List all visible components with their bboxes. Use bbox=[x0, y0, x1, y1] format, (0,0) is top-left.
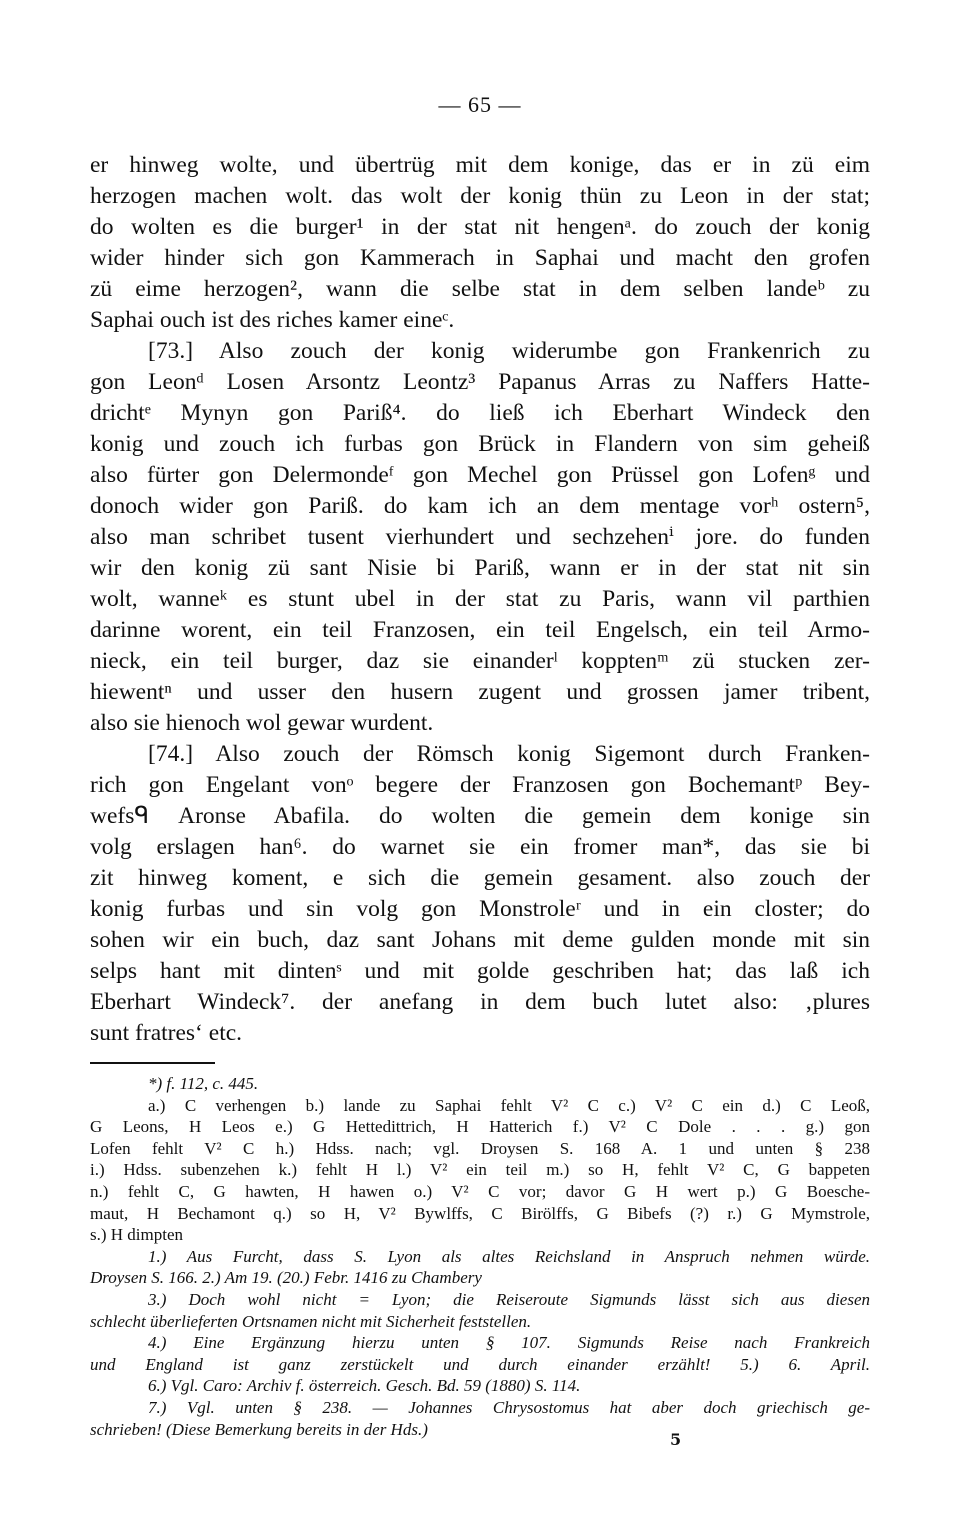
text-line: also fürter gon Delermondeᶠ gon Mechel g… bbox=[90, 460, 870, 491]
main-text: er hinweg wolte, und übertrüg mit dem ko… bbox=[90, 150, 870, 1049]
footnote-line: 4.) Eine Ergänzung hierzu unten § 107. S… bbox=[90, 1332, 870, 1354]
text-line: herzogen machen wolt. das wolt der konig… bbox=[90, 181, 870, 212]
text-line: darinne worent, ein teil Franzosen, ein … bbox=[90, 615, 870, 646]
text-line: gon Leonᵈ Losen Arsontz Leontz³ Papanus … bbox=[90, 367, 870, 398]
footnote-line: und England ist ganz zerstückelt und dur… bbox=[90, 1354, 870, 1376]
footnote-line: *) f. 112, c. 445. bbox=[90, 1073, 870, 1095]
text-line: rich gon Engelant vonᵒ begere der Franzo… bbox=[90, 770, 870, 801]
text-line: Saphai ouch ist des riches kamer eineᶜ. bbox=[90, 305, 870, 336]
footnote-line: a.) C verhengen b.) lande zu Saphai fehl… bbox=[90, 1095, 870, 1117]
text-line: wider hinder sich gon Kammerach in Sapha… bbox=[90, 243, 870, 274]
text-line: selps hant mit dintenˢ und mit golde ges… bbox=[90, 956, 870, 987]
footnote-line: 1.) Aus Furcht, dass S. Lyon als altes R… bbox=[90, 1246, 870, 1268]
footnote-line: n.) fehlt C, G hawten, H hawen o.) V² C … bbox=[90, 1181, 870, 1203]
text-line: sunt fratres‘ etc. bbox=[90, 1018, 870, 1049]
footnote-line: s.) H dimpten bbox=[90, 1224, 870, 1246]
text-line: do wolten es die burger¹ in der stat nit… bbox=[90, 212, 870, 243]
text-line: drichtᵉ Mynyn gon Pariß⁴. do ließ ich Eb… bbox=[90, 398, 870, 429]
footnote-line: 3.) Doch wohl nicht = Lyon; die Reiserou… bbox=[90, 1289, 870, 1311]
text-line: Eberhart Windeck⁷. der anefang in dem bu… bbox=[90, 987, 870, 1018]
page-number: — 65 — bbox=[90, 92, 870, 118]
text-line: zü eime herzogen², wann die selbe stat i… bbox=[90, 274, 870, 305]
text-line: nieck, ein teil burger, daz sie einander… bbox=[90, 646, 870, 677]
text-line: konig furbas und sin volg gon Monstroleʳ… bbox=[90, 894, 870, 925]
section-73-start: [73.] Also zouch der konig widerumbe gon… bbox=[90, 336, 870, 367]
footnote-line: schlecht überlieferten Ortsnamen nicht m… bbox=[90, 1311, 870, 1333]
text-line: wolt, wanneᵏ es stunt ubel in der stat z… bbox=[90, 584, 870, 615]
footnote-line: Lofen fehlt V² C h.) Hdss. nach; vgl. Dr… bbox=[90, 1138, 870, 1160]
text-line: sohen wir ein buch, daz sant Johans mit … bbox=[90, 925, 870, 956]
text-line: wir den konig zü sant Nisie bi Pariß, wa… bbox=[90, 553, 870, 584]
text-line: zit hinweg koment, e sich die gemein ges… bbox=[90, 863, 870, 894]
text-line: also sie hienoch wol gewar wurdent. bbox=[90, 708, 870, 739]
footnote-line: i.) Hdss. subenzehen k.) fehlt H l.) V² … bbox=[90, 1159, 870, 1181]
footnotes: *) f. 112, c. 445. a.) C verhengen b.) l… bbox=[90, 1073, 870, 1440]
footnote-line: 6.) Vgl. Caro: Archiv f. österreich. Ges… bbox=[90, 1375, 870, 1397]
footnote-line: schrieben! (Diese Bemerkung bereits in d… bbox=[90, 1419, 870, 1441]
signature-mark: 5 bbox=[670, 1430, 681, 1449]
text-line: wefsᑫ Aronse Abafila. do wolten die geme… bbox=[90, 801, 870, 832]
footnote-line: maut, H Bechamont q.) so H, V² Bywlffs, … bbox=[90, 1203, 870, 1225]
text-line: er hinweg wolte, und übertrüg mit dem ko… bbox=[90, 150, 870, 181]
text-line: volg erslagen han⁶. do warnet sie ein fr… bbox=[90, 832, 870, 863]
footnote-separator bbox=[90, 1062, 215, 1064]
text-line: also man schribet tusent vierhundert und… bbox=[90, 522, 870, 553]
text-line: konig und zouch ich furbas gon Brück in … bbox=[90, 429, 870, 460]
section-74-start: [74.] Also zouch der Römsch konig Sigemo… bbox=[90, 739, 870, 770]
text-line: donoch wider gon Pariß. do kam ich an de… bbox=[90, 491, 870, 522]
text-line: hiewentⁿ und usser den husern zugent und… bbox=[90, 677, 870, 708]
footnote-line: 7.) Vgl. unten § 238. — Johannes Chrysos… bbox=[90, 1397, 870, 1419]
footnote-line: Droysen S. 166. 2.) Am 19. (20.) Febr. 1… bbox=[90, 1267, 870, 1289]
footnote-line: G Leons, H Leos e.) G Hettedittrich, H H… bbox=[90, 1116, 870, 1138]
